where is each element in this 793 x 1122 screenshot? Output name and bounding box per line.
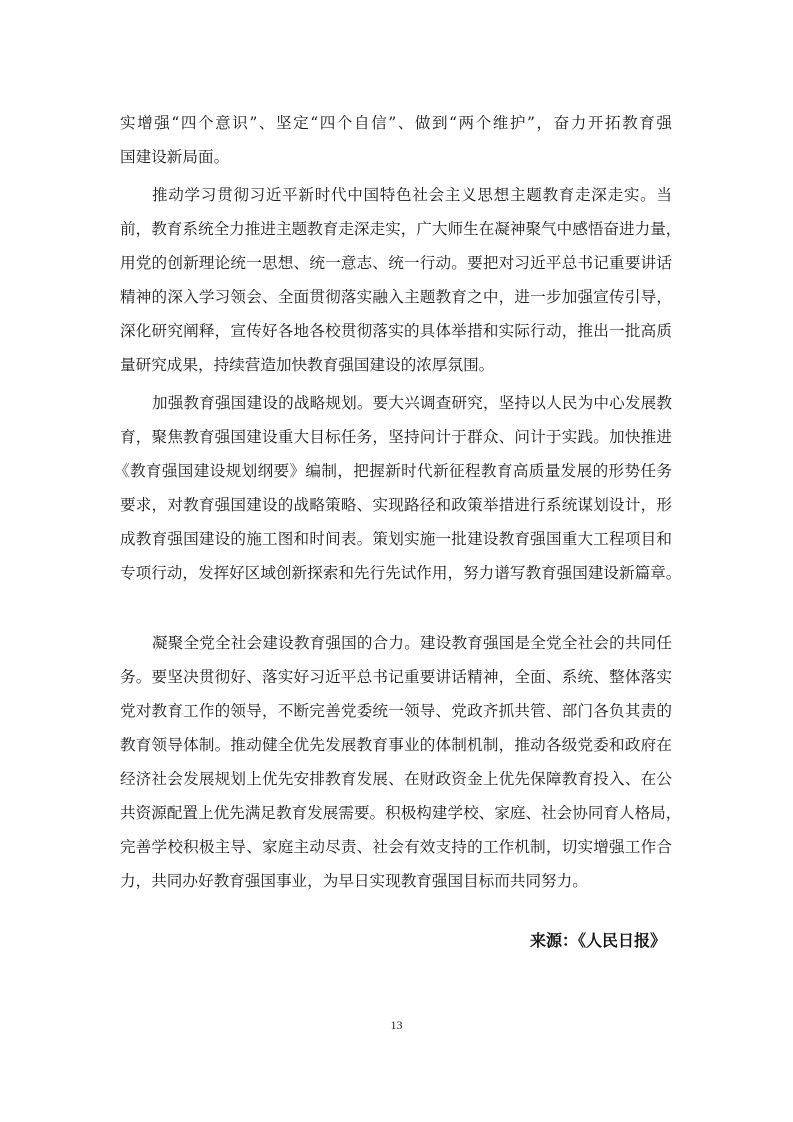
paragraph-4-line-7: 完善学校积极主导、家庭主动尽责、社会有效支持的工作机制，切实增强工作合 [120,836,672,858]
paragraph-1-line-1: 实增强“四个意识”、坚定“四个自信”、做到“两个维护”，奋力开拓教育强 [120,112,672,134]
paragraph-1-line-2: 国建设新局面。 [120,146,672,168]
paragraph-3-line-6: 专项行动，发挥好区域创新探索和先行先试作用，努力谱写教育强国建设新篇章。 [120,562,672,584]
paragraph-2-line-1: 推动学习贯彻习近平新时代中国特色社会主义思想主题教育走深走实。当 [152,184,672,206]
paragraph-2-line-6: 量研究成果，持续营造加快教育强国建设的浓厚氛围。 [120,354,672,376]
paragraph-4-line-6: 共资源配置上优先满足教育发展需要。积极构建学校、家庭、社会协同育人格局， [120,802,672,824]
paragraph-2-line-5: 深化研究阐释，宣传好各地各校贯彻落实的具体举措和实际行动，推出一批高质 [120,320,672,342]
paragraph-2-line-4: 精神的深入学习领会、全面贯彻落实融入主题教育之中，进一步加强宣传引导， [120,286,672,308]
source-attribution: 来源：《人民日报》 [530,930,666,952]
paragraph-4-line-8: 力，共同办好教育强国事业，为早日实现教育强国目标而共同努力。 [120,870,672,892]
document-page: 实增强“四个意识”、坚定“四个自信”、做到“两个维护”，奋力开拓教育强 国建设新… [0,0,793,1122]
paragraph-2-line-3: 用党的创新理论统一思想、统一意志、统一行动。要把对习近平总书记重要讲话 [120,252,672,274]
paragraph-4-line-2: 务。要坚决贯彻好、落实好习近平总书记重要讲话精神，全面、系统、整体落实 [120,666,672,688]
paragraph-3-line-3: 《教育强国建设规划纲要》编制，把握新时代新征程教育高质量发展的形势任务 [114,460,672,482]
paragraph-4-line-3: 党对教育工作的领导，不断完善党委统一领导、党政齐抓共管、部门各负其责的 [120,700,672,722]
paragraph-3-line-5: 成教育强国建设的施工图和时间表。策划实施一批建设教育强国重大工程项目和 [120,528,672,550]
paragraph-2-line-2: 前，教育系统全力推进主题教育走深走实，广大师生在凝神聚气中感悟奋进力量， [120,218,672,240]
paragraph-4-line-5: 经济社会发展规划上优先安排教育发展、在财政资金上优先保障教育投入、在公 [120,768,672,790]
page-number: 13 [0,1018,793,1033]
paragraph-3-line-1: 加强教育强国建设的战略规划。要大兴调查研究，坚持以人民为中心发展教 [152,392,672,414]
paragraph-3-line-2: 育，聚焦教育强国建设重大目标任务，坚持问计于群众、问计于实践。加快推进 [120,426,672,448]
paragraph-4-line-4: 教育领导体制。推动健全优先发展教育事业的体制机制，推动各级党委和政府在 [120,734,672,756]
paragraph-3-line-4: 要求，对教育强国建设的战略策略、实现路径和政策举措进行系统谋划设计，形 [120,494,672,516]
paragraph-4-line-1: 凝聚全党全社会建设教育强国的合力。建设教育强国是全党全社会的共同任 [152,632,672,654]
